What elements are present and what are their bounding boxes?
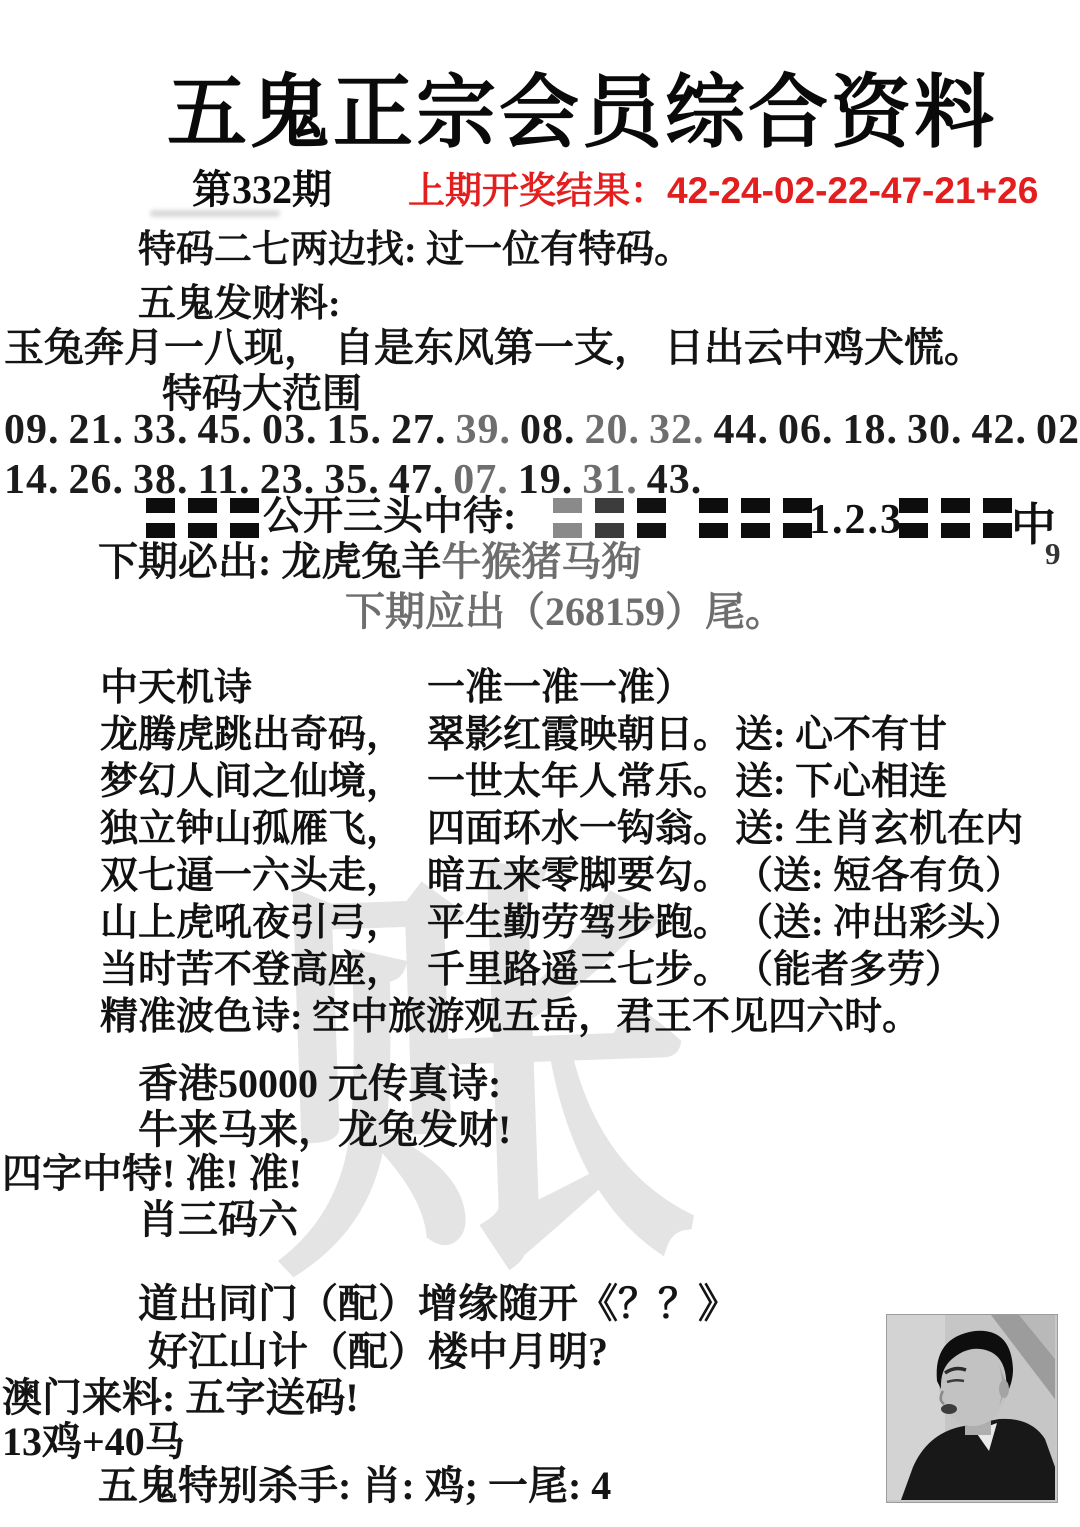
fax-line-3: 四字中特! 准! 准!	[2, 1152, 302, 1196]
last-draw-result: 上期开奖结果：42-24-02-22-47-21+26	[408, 160, 1038, 214]
macau-line: 澳门来料: 五字送码!	[2, 1376, 359, 1420]
next-issue-zodiac-black: 龙虎兔羊	[281, 539, 441, 584]
trigram-icon	[899, 498, 1012, 538]
special-number: 06.	[778, 406, 834, 454]
next-issue-must-line: 下期必出: 龙虎兔羊牛猴猪马狗	[98, 540, 641, 584]
trigram-column	[741, 498, 770, 538]
bottom-line-2: 好江山计（配）楼中月明?	[148, 1330, 608, 1374]
special-number: 38.	[133, 456, 189, 504]
next-issue-zodiac-gray: 牛猴猪马狗	[441, 539, 641, 584]
bose-poem-line: 精准波色诗: 空中旅游观五岳，君王不见四六时。	[100, 985, 920, 1040]
tianji-poem-block: 中天机诗 一准一准一准） 龙腾虎跳出奇码，翠影红霞映朝日。送: 心不有甘梦幻人间…	[100, 656, 1023, 1032]
trigram-column	[699, 498, 728, 538]
special-number: 31.	[582, 456, 638, 504]
tip-line-wugui: 五鬼发财料:	[138, 284, 341, 326]
trigram-numbers: 1.2.3	[809, 496, 903, 544]
poem-row: 独立钟山孤雁飞，四面环水一钩翁。送: 生肖玄机在内	[100, 797, 1023, 844]
bottom-line-1: 道出同门（配）增缘随开《？？》	[138, 1282, 738, 1326]
killer-line: 五鬼特别杀手: 肖: 鸡; 一尾: 4	[98, 1464, 611, 1508]
special-number: 30.	[907, 406, 963, 454]
portrait-photo	[886, 1314, 1058, 1503]
bose-poem-row: 精准波色诗: 空中旅游观五岳，君王不见四六时。	[100, 985, 1023, 1032]
trigram-column	[637, 498, 666, 538]
special-number: 33.	[133, 406, 189, 454]
special-number: 45.	[198, 406, 254, 454]
last-draw-result-label: 上期开奖结果：	[408, 170, 667, 211]
special-number: 32.	[649, 406, 705, 454]
poem-lines: 龙腾虎跳出奇码，翠影红霞映朝日。送: 心不有甘梦幻人间之仙境，一世太年人常乐。送…	[100, 703, 1023, 985]
special-number: 02.	[1036, 406, 1080, 454]
fax-line-1: 香港50000 元传真诗:	[138, 1062, 501, 1106]
special-number: 43.	[647, 456, 703, 504]
trigram-column	[783, 498, 812, 538]
trigram-icon	[553, 498, 666, 538]
special-number: 15.	[327, 406, 383, 454]
poem-row: 当时苦不登高座，千里路遥三七步。（能者多劳）	[100, 938, 1023, 985]
portrait-photo-graphic	[887, 1315, 1055, 1500]
page-title: 五鬼正宗会员综合资料	[167, 48, 997, 163]
issue-number: 第332期	[192, 158, 332, 215]
trigram-column	[230, 498, 259, 538]
special-number: 27.	[391, 406, 447, 454]
zodiac-code-line: 13鸡+40马	[2, 1420, 185, 1464]
tip-poem-line: 玉兔奔月一八现， 自是东风第一支， 日出云中鸡犬慌。	[4, 326, 984, 370]
special-number: 21.	[69, 406, 125, 454]
special-number: 14.	[4, 456, 60, 504]
special-number: 39.	[456, 406, 512, 454]
next-issue-must-label: 下期必出:	[98, 539, 281, 584]
fax-line-4: 肖三码六	[138, 1198, 298, 1242]
sub-digit: 9	[1045, 536, 1061, 572]
special-number: 18.	[843, 406, 899, 454]
trigram-column	[983, 498, 1012, 538]
special-number: 11.	[198, 456, 251, 504]
trigram-column	[188, 498, 217, 538]
fax-line-2: 牛来马来，龙兔发财!	[138, 1108, 511, 1152]
special-number: 08.	[520, 406, 576, 454]
lottery-info-sheet: 账 五鬼正宗会员综合资料 第332期 上期开奖结果：42-24-02-22-47…	[0, 0, 1080, 1527]
special-number: 44.	[714, 406, 770, 454]
trigram-icon	[146, 498, 259, 538]
trigram-column	[146, 498, 175, 538]
special-number: 09.	[4, 406, 60, 454]
poem-row: 龙腾虎跳出奇码，翠影红霞映朝日。送: 心不有甘	[100, 703, 1023, 750]
trigram-column	[595, 498, 624, 538]
poem-row: 双七逼一六头走，暗五来零脚要勾。（送: 短各有负）	[100, 844, 1023, 891]
special-number: 20.	[585, 406, 641, 454]
special-number: 42.	[972, 406, 1028, 454]
next-issue-should-line: 下期应出（268159）尾。	[345, 590, 785, 634]
tip-line-temacode: 特码二七两边找: 过一位有特码。	[138, 230, 692, 272]
trigram-column	[941, 498, 970, 538]
poem-row: 山上虎吼夜引弓，平生勤劳驾步跑。（送: 冲出彩头）	[100, 891, 1023, 938]
number-row-1: 09.21.33.45.03.15.27.39.08.20.32.44.06.1…	[4, 406, 1080, 454]
trigram-icon	[699, 498, 812, 538]
special-number: 03.	[262, 406, 318, 454]
trigram-column	[899, 498, 928, 538]
special-number: 26.	[69, 456, 125, 504]
last-draw-result-numbers: 42-24-02-22-47-21+26	[667, 170, 1038, 211]
poem-row: 梦幻人间之仙境，一世太年人常乐。送: 下心相连	[100, 750, 1023, 797]
trigram-column	[553, 498, 582, 538]
open-three-heads-label: 公开三头中待:	[263, 494, 516, 538]
poem-title-row: 中天机诗 一准一准一准）	[100, 656, 1023, 703]
special-number: 19.	[518, 456, 574, 504]
